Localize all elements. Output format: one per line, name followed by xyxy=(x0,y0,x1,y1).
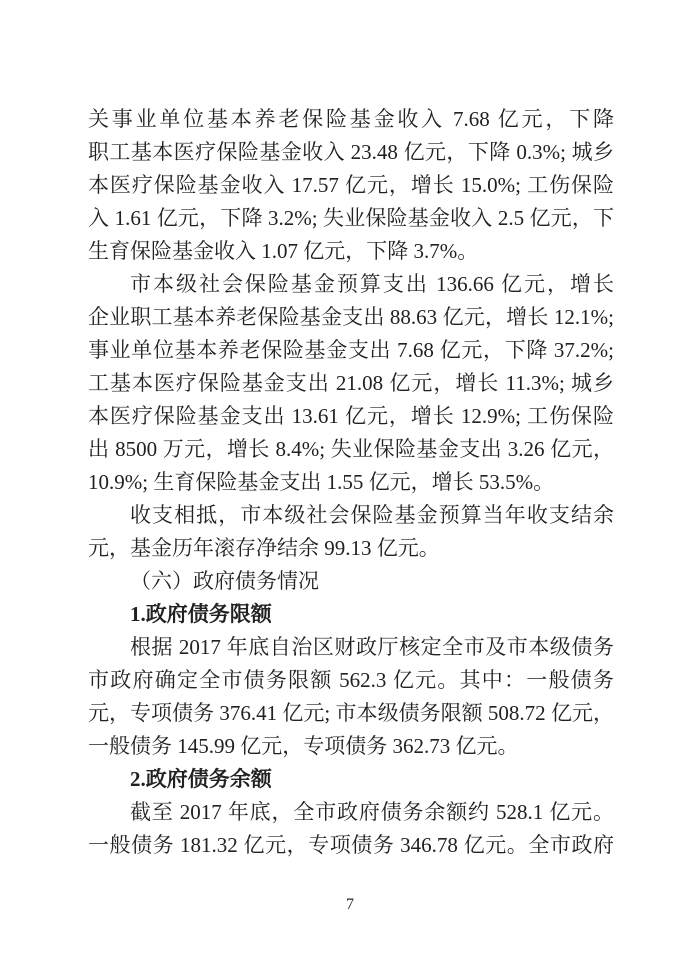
text-line: 截至 2017 年底，全市政府债务余额约 528.1 亿元。其中： xyxy=(88,796,614,829)
text-line: 一般债务 181.32 亿元，专项债务 346.78 亿元。全市政府债务余 xyxy=(88,829,614,862)
paragraph: 截至 2017 年底，全市政府债务余额约 528.1 亿元。其中：一般债务 18… xyxy=(88,796,614,862)
paragraph: 关事业单位基本养老保险基金收入 7.68 亿元，下降 37.2%; 城镇职工基本… xyxy=(88,103,614,268)
paragraph: 市本级社会保险基金预算支出 136.66 亿元，增长 7%。其中：企业职工基本养… xyxy=(88,268,614,499)
text-line: 元，专项债务 376.41 亿元; 市本级债务限额 508.72 亿元，其中： xyxy=(88,697,614,730)
text-line: 元，基金历年滚存净结余 99.13 亿元。 xyxy=(88,532,614,565)
text-line: 2.政府债务余额 xyxy=(88,763,614,796)
text-line: 生育保险基金收入 1.07 亿元，下降 3.7%。 xyxy=(88,235,614,268)
text-line: 一般债务 145.99 亿元，专项债务 362.73 亿元。 xyxy=(88,730,614,763)
text-line: 1.政府债务限额 xyxy=(88,598,614,631)
text-line: 入 1.61 亿元，下降 3.2%; 失业保险基金收入 2.5 亿元，下降 25… xyxy=(88,202,614,235)
text-line: （六）政府债务情况 xyxy=(88,565,614,598)
section-heading: 1.政府债务限额 xyxy=(88,598,614,631)
text-line: 事业单位基本养老保险基金支出 7.68 亿元，下降 37.2%; 城镇职 xyxy=(88,334,614,367)
page-body: 关事业单位基本养老保险基金收入 7.68 亿元，下降 37.2%; 城镇职工基本… xyxy=(88,103,614,862)
text-line: 出 8500 万元，增长 8.4%; 失业保险基金支出 3.26 亿元，下降 xyxy=(88,433,614,466)
text-line: 收支相抵，市本级社会保险基金预算当年收支结余 1292 万 xyxy=(88,499,614,532)
text-line: 10.9%; 生育保险基金支出 1.55 亿元，增长 53.5%。 xyxy=(88,466,614,499)
text-line: 根据 2017 年底自治区财政厅核定全市及市本级债务限额， xyxy=(88,631,614,664)
text-line: 企业职工基本养老保险基金支出 88.63 亿元，增长 12.1%; 机关 xyxy=(88,301,614,334)
text-line: 本医疗保险基金支出 13.61 亿元，增长 12.9%; 工伤保险基金支 xyxy=(88,400,614,433)
text-line: 关事业单位基本养老保险基金收入 7.68 亿元，下降 37.2%; 城镇 xyxy=(88,103,614,136)
section-heading: （六）政府债务情况 xyxy=(88,565,614,598)
text-line: 本医疗保险基金收入 17.57 亿元，增长 15.0%; 工伤保险基金收 xyxy=(88,169,614,202)
paragraph: 根据 2017 年底自治区财政厅核定全市及市本级债务限额，市政府确定全市债务限额… xyxy=(88,631,614,763)
document-page: 关事业单位基本养老保险基金收入 7.68 亿元，下降 37.2%; 城镇职工基本… xyxy=(0,0,700,966)
section-heading: 2.政府债务余额 xyxy=(88,763,614,796)
text-line: 工基本医疗保险基金支出 21.08 亿元，增长 11.3%; 城乡居民基 xyxy=(88,367,614,400)
text-line: 职工基本医疗保险基金收入 23.48 亿元，下降 0.3%; 城乡居民基 xyxy=(88,136,614,169)
page-number: 7 xyxy=(0,893,700,917)
text-line: 市本级社会保险基金预算支出 136.66 亿元，增长 7%。其中： xyxy=(88,268,614,301)
text-line: 市政府确定全市债务限额 562.3 亿元。其中：一般债务 185.89 亿 xyxy=(88,664,614,697)
paragraph: 收支相抵，市本级社会保险基金预算当年收支结余 1292 万元，基金历年滚存净结余… xyxy=(88,499,614,565)
